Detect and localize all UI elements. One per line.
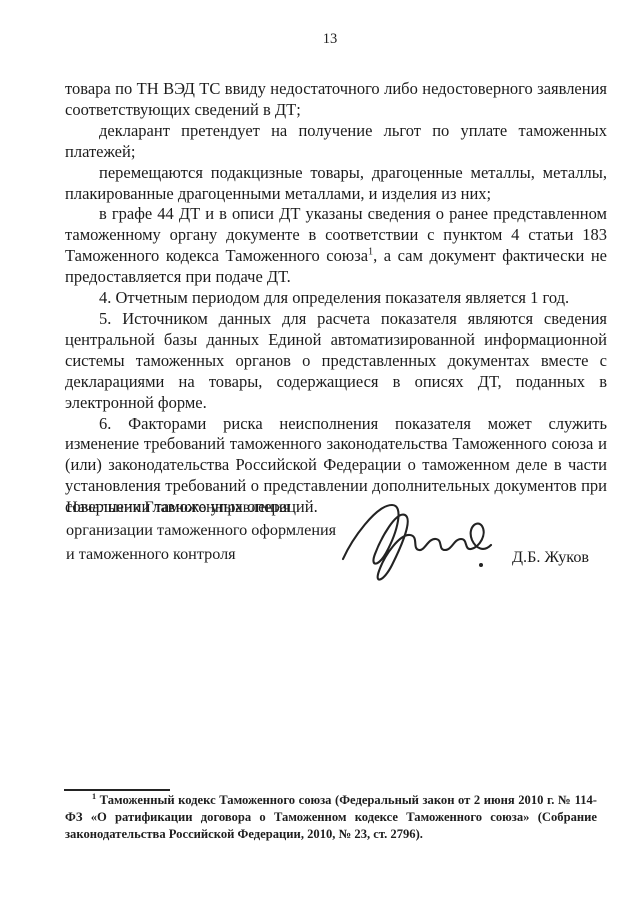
body-paragraph: товара по ТН ВЭД ТС ввиду недостаточного… xyxy=(65,79,607,121)
page-number: 13 xyxy=(0,31,640,48)
footnote-separator xyxy=(64,789,170,791)
footnote-marker: 1 xyxy=(92,792,96,801)
footnote: 1 Таможенный кодекс Таможенного союза (Ф… xyxy=(65,789,597,843)
body-paragraph: декларант претендует на получение льгот … xyxy=(65,121,607,163)
document-page: 13 товара по ТН ВЭД ТС ввиду недостаточн… xyxy=(0,0,640,905)
footnote-text: 1 Таможенный кодекс Таможенного союза (Ф… xyxy=(65,792,597,843)
signature-position-title: Начальник Главного управления организаци… xyxy=(66,496,336,566)
signature-position-line: Начальник Главного управления xyxy=(66,496,336,519)
document-body: товара по ТН ВЭД ТС ввиду недостаточного… xyxy=(65,79,607,518)
footnote-body: Таможенный кодекс Таможенного союза (Фед… xyxy=(65,793,597,841)
body-paragraph: 5. Источником данных для расчета показат… xyxy=(65,309,607,414)
signature-position-line: организации таможенного оформления xyxy=(66,519,336,542)
signature-name: Д.Б. Жуков xyxy=(512,548,589,567)
body-paragraph: перемещаются подакцизные товары, драгоце… xyxy=(65,163,607,205)
body-paragraph: 4. Отчетным периодом для определения пок… xyxy=(65,288,607,309)
handwritten-signature-icon xyxy=(340,497,498,583)
signature-position-line: и таможенного контроля xyxy=(66,543,336,566)
body-paragraph: в графе 44 ДТ и в описи ДТ указаны сведе… xyxy=(65,204,607,288)
